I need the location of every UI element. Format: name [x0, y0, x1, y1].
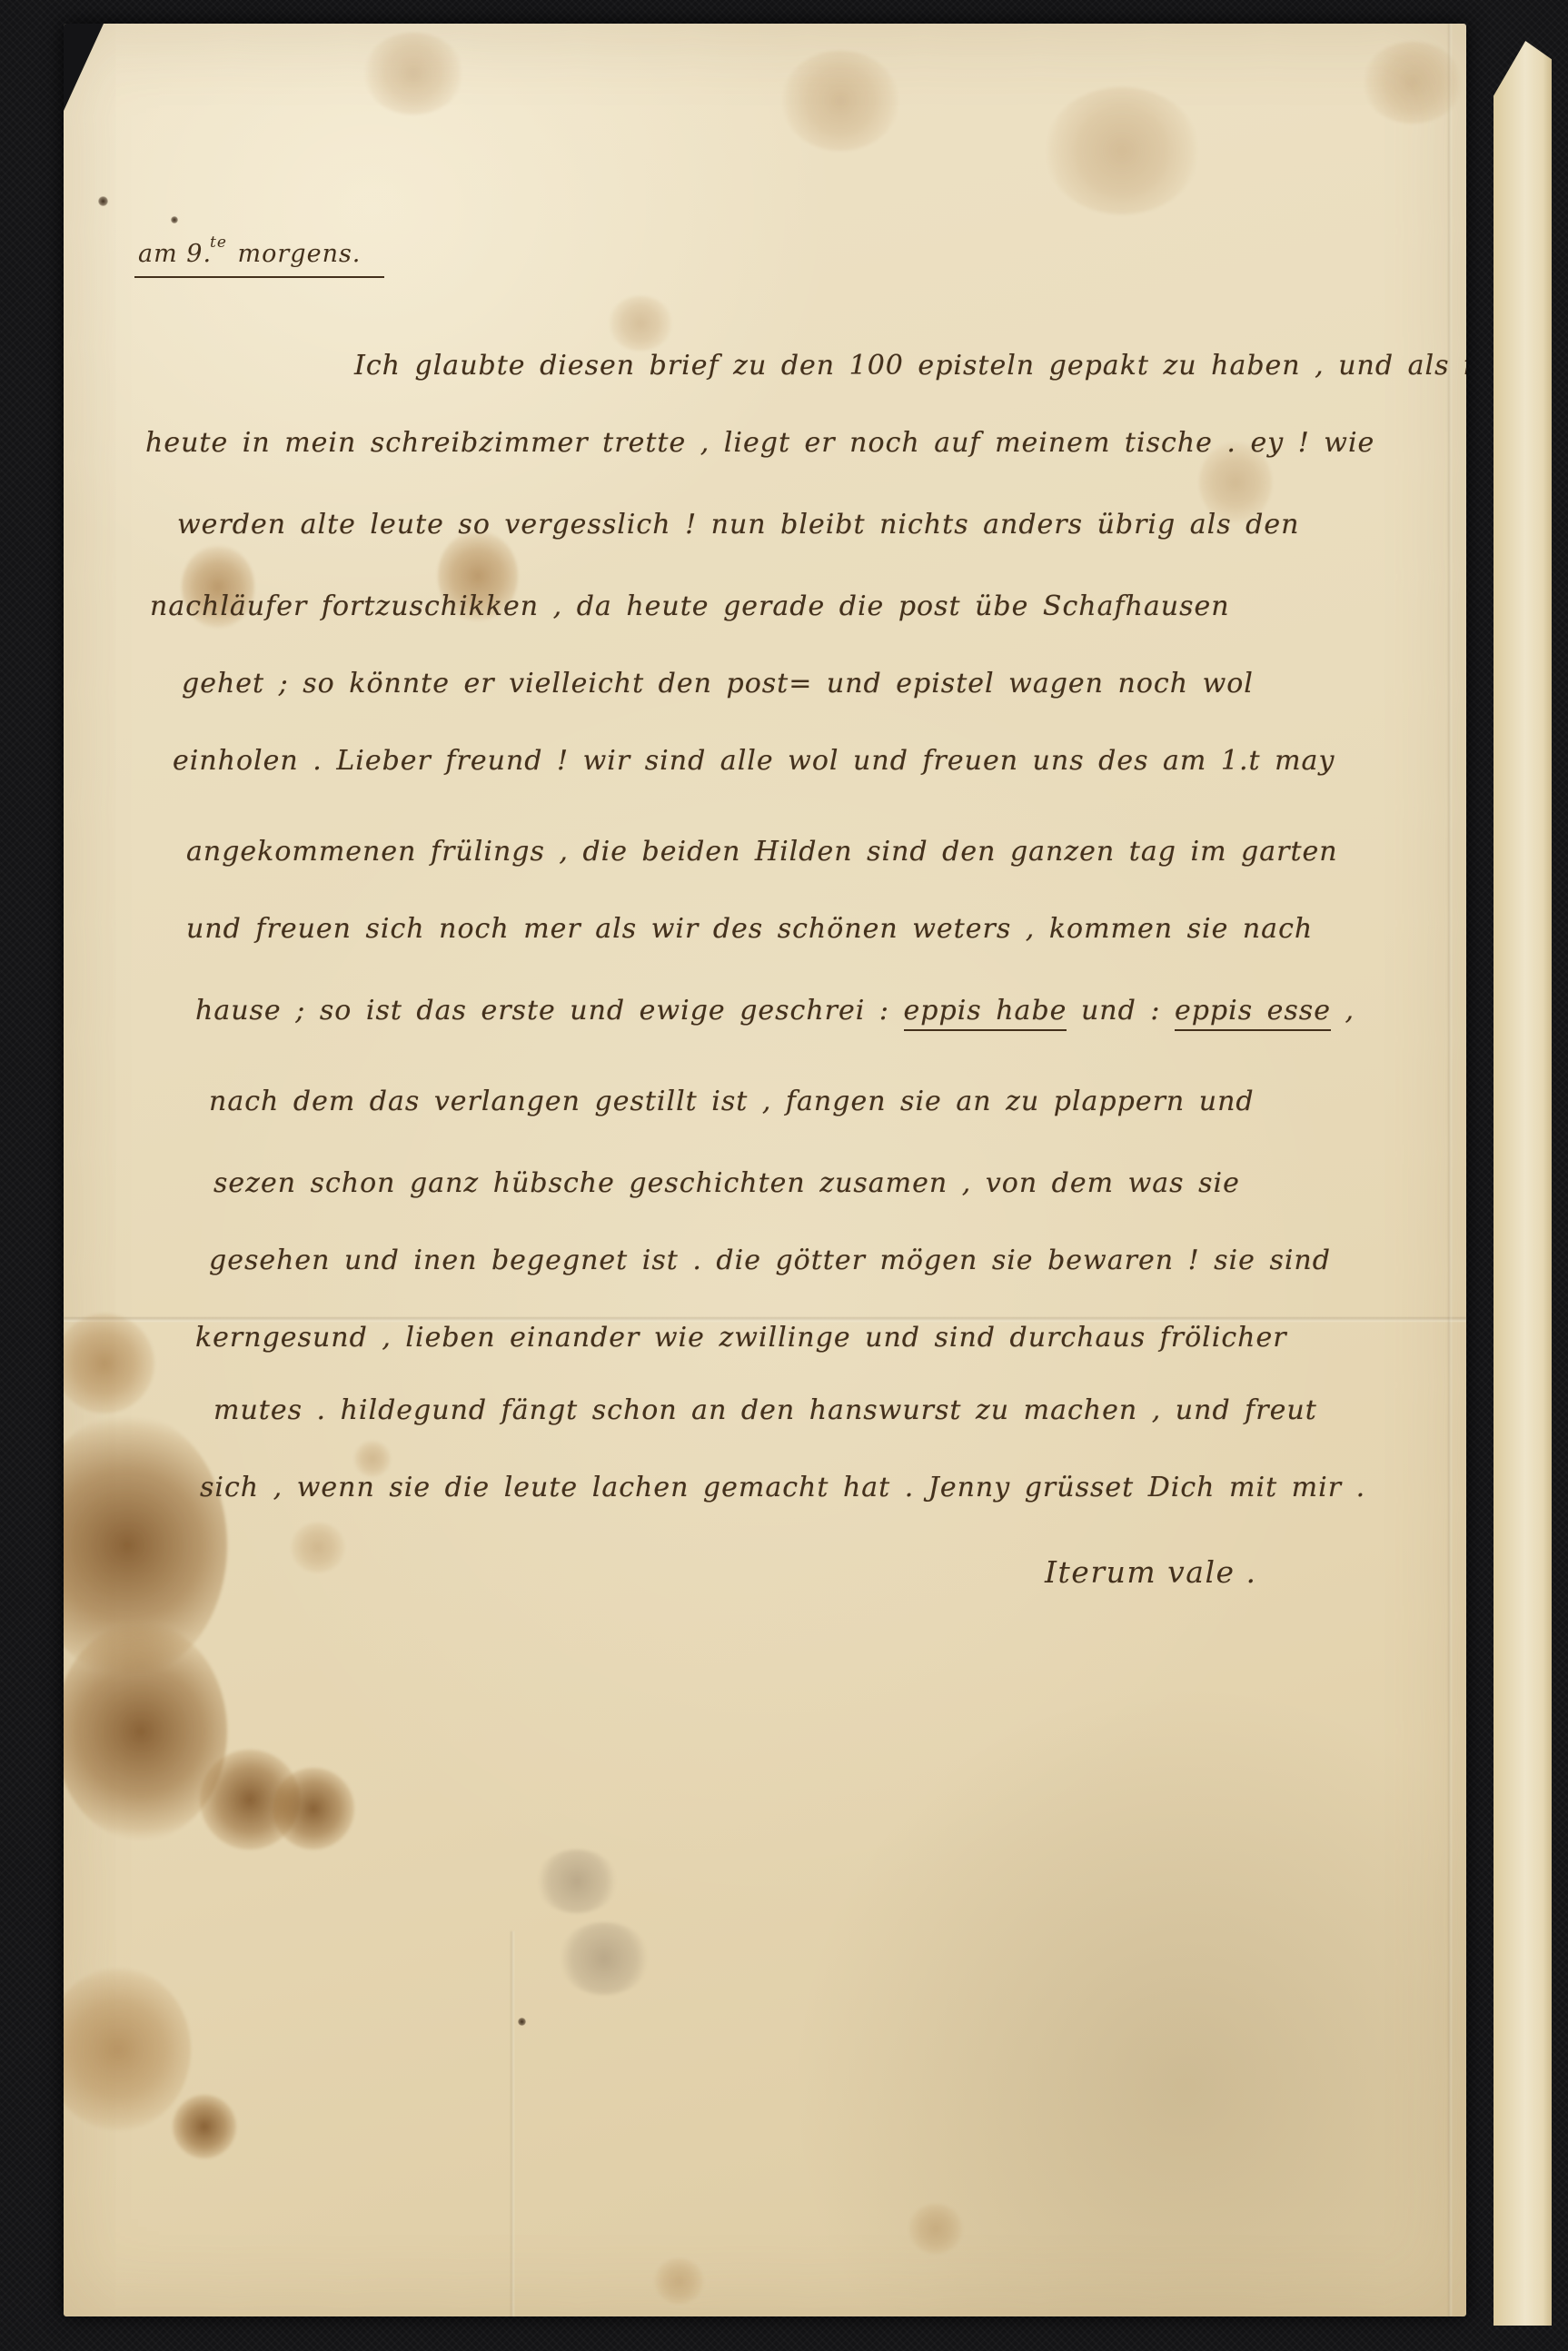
- stain: [908, 2204, 963, 2254]
- handwritten-line: werden alte leute so vergesslich ! nun b…: [177, 509, 1299, 541]
- handwritten-line: gehet ; so könnte er vielleicht den post…: [182, 668, 1254, 699]
- handwritten-line-with-underlines: hause ; so ist das erste und ewige gesch…: [195, 995, 1355, 1027]
- handwritten-line: einholen . Lieber freund ! wir sind alle…: [173, 745, 1335, 777]
- stain: [1363, 42, 1463, 124]
- handwritten-line: nachläufer fortzuschikken , da heute ger…: [150, 590, 1230, 622]
- handwritten-line: sezen schon ganz hübsche geschichten zus…: [213, 1167, 1240, 1199]
- stain: [64, 1968, 191, 2131]
- line-segment: hause ; so ist das erste und ewige gesch…: [195, 995, 904, 1027]
- handwritten-line: mutes . hildegund fängt schon an den han…: [213, 1394, 1317, 1426]
- handwritten-line: und freuen sich noch mer als wir des sch…: [186, 913, 1313, 945]
- stain: [363, 33, 463, 114]
- handwritten-line: nach dem das verlangen gestillt ist , fa…: [209, 1086, 1255, 1117]
- line-segment: und :: [1067, 995, 1175, 1027]
- underlined-phrase: eppis habe: [904, 995, 1067, 1031]
- stain: [781, 51, 899, 151]
- torn-corner: [64, 24, 104, 111]
- handwritten-line: Ich glaubte diesen brief zu den 100 epis…: [354, 350, 1466, 382]
- stain: [64, 1314, 154, 1414]
- stain: [173, 2095, 236, 2158]
- ink-speck: [518, 2018, 526, 2026]
- handwritten-line: heute in mein schreibzimmer trette , lie…: [145, 427, 1374, 459]
- handwritten-line: kerngesund , lieben einander wie zwillin…: [195, 1322, 1287, 1354]
- second-page-edge: [1494, 36, 1552, 2326]
- letter-closing: Iterum vale .: [1045, 1554, 1257, 1590]
- smudge: [536, 1850, 618, 1913]
- handwritten-line: angekommenen frülings , die beiden Hilde…: [186, 836, 1338, 868]
- dateline-prefix: am 9.: [138, 240, 212, 268]
- stain: [1045, 87, 1199, 214]
- handwritten-line: sich , wenn sie die leute lachen gemacht…: [200, 1472, 1365, 1503]
- stain: [654, 2258, 704, 2304]
- dateline: am 9.te morgens.: [134, 240, 384, 278]
- stain: [291, 1523, 345, 1572]
- underlined-phrase: eppis esse: [1175, 995, 1331, 1031]
- stain: [609, 296, 672, 351]
- smudge: [559, 1922, 650, 1995]
- ink-speck: [171, 216, 178, 223]
- dateline-superscript: te: [210, 233, 227, 252]
- line-segment: ,: [1331, 995, 1355, 1027]
- bottom-fold-crease: [511, 1931, 514, 2316]
- dateline-suffix: morgens.: [229, 240, 361, 268]
- scan-background: { "document": { "type": "handwritten let…: [0, 0, 1568, 2351]
- letter-paper: am 9.te morgens. Ich glaubte diesen brie…: [64, 24, 1466, 2316]
- handwritten-line: gesehen und inen begegnet ist . die gött…: [209, 1245, 1331, 1276]
- ink-speck: [98, 196, 108, 206]
- stain: [273, 1768, 354, 1850]
